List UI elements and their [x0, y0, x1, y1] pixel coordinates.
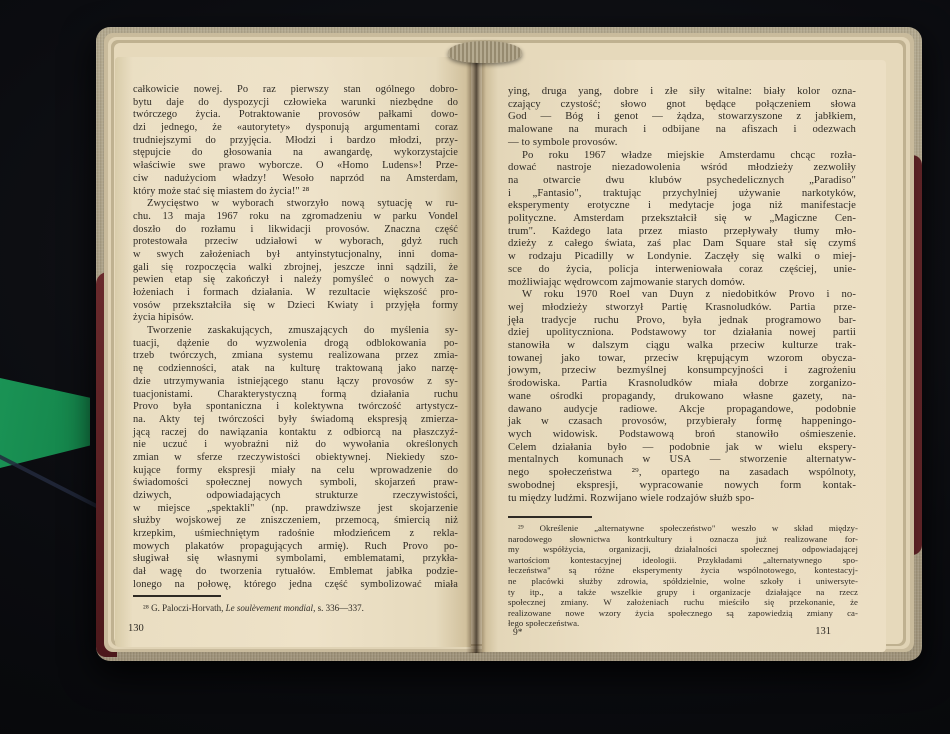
footnote-title: Le soulèvement mondial — [226, 603, 313, 613]
text-line: wych widowisk. Podstawową broń stanowiło… — [508, 428, 856, 441]
text-line: God — Bóg i genot — żądza, stowarzyszone… — [508, 110, 856, 123]
text-line: krzepkim, uśmiechniętym radośnie młodzie… — [133, 528, 458, 541]
footnote-line: ²⁹ Określenie „alternatywne społeczeństw… — [508, 523, 858, 534]
text-line: malowane na murach i odbijane na afiszac… — [508, 123, 856, 136]
text-line: lonego na połowę, którego jedna część sy… — [133, 579, 458, 592]
text-line: nego społeczeństwa ²⁹, opartego na zasad… — [508, 466, 856, 479]
page-number-left: 130 — [128, 623, 144, 634]
book-gutter — [466, 53, 486, 653]
footnote-rule — [508, 516, 592, 518]
text-line: w rodzaju Picadilly w Londynie. Zaczęły … — [508, 250, 856, 263]
left-page: całkowicie nowej. Po raz pierwszy stan o… — [115, 57, 471, 647]
text-line: i „Fantasio", traktując przychylniej uży… — [508, 187, 856, 200]
text-line: — to symbole provosów. — [508, 136, 856, 149]
footnote-line: łeczeństwa" są różne eksperymenty życia … — [508, 565, 858, 576]
text-line: ciw nadużyciom władzy! Wesoło naprzód na… — [133, 173, 458, 186]
text-line: dziej upolityczniona. Podstawowy tor dzi… — [508, 326, 856, 339]
text-line: tu między ludźmi. Rozwijano wiele rodzaj… — [508, 492, 856, 505]
text-line: vosów przekształciła się w Dzieci Kwiaty… — [133, 300, 458, 313]
text-line: służby wojskowej ze zniszczeniem, przemo… — [133, 515, 458, 528]
text-line: dzi jednego, że «autorytety» dysponują a… — [133, 122, 458, 135]
text-line: Tworzenie zaskakujących, zmuszających do… — [133, 325, 458, 338]
text-line: jowym, przeciw bezmyślnej konsumpcyjnośc… — [508, 364, 856, 377]
text-line: ying, druga yang, dobre i złe siły wital… — [508, 85, 856, 98]
text-line: chu. 13 maja 1967 roku na zgromadzeniu w… — [133, 211, 458, 224]
photo-background: całkowicie nowej. Po raz pierwszy stan o… — [0, 0, 950, 734]
text-line: w miejsce „spektakli" (np. prawdziwsze j… — [133, 503, 458, 516]
text-line: wane ośrodki propagandy, drukowano własn… — [508, 390, 856, 403]
text-line: życia hipisów. — [133, 312, 458, 325]
text-line: protestowała przeciw udziałowi w wyborac… — [133, 236, 458, 249]
left-page-text: całkowicie nowej. Po raz pierwszy stan o… — [133, 84, 458, 592]
text-line: jęła tradycje ruchu Provo, była jednak p… — [508, 314, 856, 327]
text-line: gali się rozpoczęcia walki zbrojnej, jes… — [133, 262, 458, 275]
footnote-rule — [133, 595, 221, 597]
text-line: czający czystość; słowo gnot będące połą… — [508, 98, 856, 111]
text-line: towanej jako towar, przeciw krępującym w… — [508, 352, 856, 365]
text-line: twórczego życia. Potraktowanie provosów … — [133, 109, 458, 122]
text-line: stępujcie do głosowania na awangardę, wy… — [133, 147, 458, 160]
footnote-ref: ²⁸ G. Paloczi-Horvath, — [143, 603, 226, 613]
text-line: dzieży z całego świata, zaś plac Dam Squ… — [508, 237, 856, 250]
text-line: który może stać się miastem do życia!" ²… — [133, 186, 458, 199]
text-line: swobodnej ekspresji, wypracowanie nowych… — [508, 479, 856, 492]
text-line: dziwych, odpowiadających strukturze rzec… — [133, 490, 458, 503]
text-line: środowiska. Partia Krasnoludków miała do… — [508, 377, 856, 390]
text-line: nie uczuć i wyobraźni niż do wywołania o… — [133, 439, 458, 452]
text-line: dał wagę do tworzenia rytuałów. Emblemat… — [133, 566, 458, 579]
text-line: sługiwał się własnymi symbolami, emblema… — [133, 553, 458, 566]
left-footnote: ²⁸ G. Paloczi-Horvath, Le soulèvement mo… — [133, 603, 463, 613]
text-line: Provo była spontaniczna i kolektywna twó… — [133, 401, 458, 414]
footnote-line: narodowego słownictwa kontrkultury i ozn… — [508, 534, 858, 545]
footnote-pages: , s. 336—337. — [313, 603, 364, 613]
footnote-line: ty itp., a także wszelkie grupy i organi… — [508, 587, 858, 598]
footnote-line: my współżycia, organizacji, działalności… — [508, 544, 858, 555]
right-page-text: ying, druga yang, dobre i złe siły wital… — [508, 85, 856, 504]
text-line: właściwie swe prawo wyborcze. O «Homo Lu… — [133, 160, 458, 173]
text-line: jącą raczej do nawiązania kontaktu z odb… — [133, 427, 458, 440]
right-footnote: ²⁹ Określenie „alternatywne społeczeństw… — [508, 523, 858, 629]
text-line: całkowicie nowej. Po raz pierwszy stan o… — [133, 84, 458, 97]
text-line: jak w czasach provosów, przybierały form… — [508, 415, 856, 428]
text-line: mowych plakatów propagujących armię). Ru… — [133, 541, 458, 554]
headband — [448, 41, 522, 63]
text-line: eksperymenty erotyczne i medytacje joga … — [508, 199, 856, 212]
text-line: nę codzienności, atak na kulturę traktow… — [133, 363, 458, 376]
text-line: Celem działania było — podobnie jak w wi… — [508, 441, 856, 454]
text-line: Zwycięstwo w wyborach stworzyło nową syt… — [133, 198, 458, 211]
text-line: trudniejszymi do przyjęcia. Młodzi i bar… — [133, 135, 458, 148]
text-line: możliwiając wędrowcom zajmowanie starych… — [508, 276, 856, 289]
footnote-line: społecznej zmiany. W założeniach ruchu m… — [508, 597, 858, 608]
text-line: pewien etap się zakończył i należy pomyś… — [133, 274, 458, 287]
open-book: całkowicie nowej. Po raz pierwszy stan o… — [96, 27, 922, 661]
green-strap — [0, 378, 90, 468]
text-line: dawano audycje radiowe. Akcje propagando… — [508, 403, 856, 416]
text-line: na otwarcie dwu klubów psychedelicznych … — [508, 174, 856, 187]
text-line: W roku 1970 Roel van Duyn z niedobitków … — [508, 288, 856, 301]
footnote-line: łego społeczeństwa. — [508, 618, 858, 629]
text-line: dzie utrzymywania istniejącego stanu łąc… — [133, 376, 458, 389]
text-line: wej młodzieży stworzył Partię Krasnoludk… — [508, 301, 856, 314]
text-line: tuacjonistami. Charakterystyczną formą d… — [133, 389, 458, 402]
text-line: kujące formy ekspresji miały na celu wpr… — [133, 465, 458, 478]
text-line: doszło do rozłamu i likwidacji provosów.… — [133, 224, 458, 237]
footnote-line: ne placówki służby zdrowia, spółdzielnie… — [508, 576, 858, 587]
text-line: trum". Każdego lata przez miasto przepły… — [508, 225, 856, 238]
text-line: trzeb twórczych, zmiana systemu realizow… — [133, 350, 458, 363]
text-line: polityczne. Amsterdam przekształcił się … — [508, 212, 856, 225]
text-line: sce do życia, policja interweniowała cor… — [508, 263, 856, 276]
text-line: bytu daje do dyspozycji człowieka warunk… — [133, 97, 458, 110]
footnote-line: realizowane nowe wzory życia społecznego… — [508, 608, 858, 619]
text-line: na. Akty tej twórczości były świadomą ek… — [133, 414, 458, 427]
text-line: łożeniach i formach działania. W rezulta… — [133, 287, 458, 300]
page-number-right: 131 — [815, 626, 831, 637]
text-line: świadomości społecznej nowych symboli, s… — [133, 477, 458, 490]
footnote-line: wartościom kontestacyjnej ideologii. Prz… — [508, 555, 858, 566]
text-line: tuacji, dążenie do wyzwolenia drogą odbl… — [133, 338, 458, 351]
signature-mark: 9* — [513, 628, 523, 638]
text-line: dować nastroje niezadowolenia wśród młod… — [508, 161, 856, 174]
right-page: ying, druga yang, dobre i złe siły wital… — [482, 60, 886, 652]
text-line: Po roku 1967 władze miejskie Amsterdamu … — [508, 149, 856, 162]
text-line: zmian w sferze rzeczywistości obiektywne… — [133, 452, 458, 465]
text-line: stanowiła w dalszym ciągu walka przeciw … — [508, 339, 856, 352]
text-line: w swych założeniach był antyinstytucjona… — [133, 249, 458, 262]
text-line: mentalnych komunach w USA — stworzenie a… — [508, 453, 856, 466]
